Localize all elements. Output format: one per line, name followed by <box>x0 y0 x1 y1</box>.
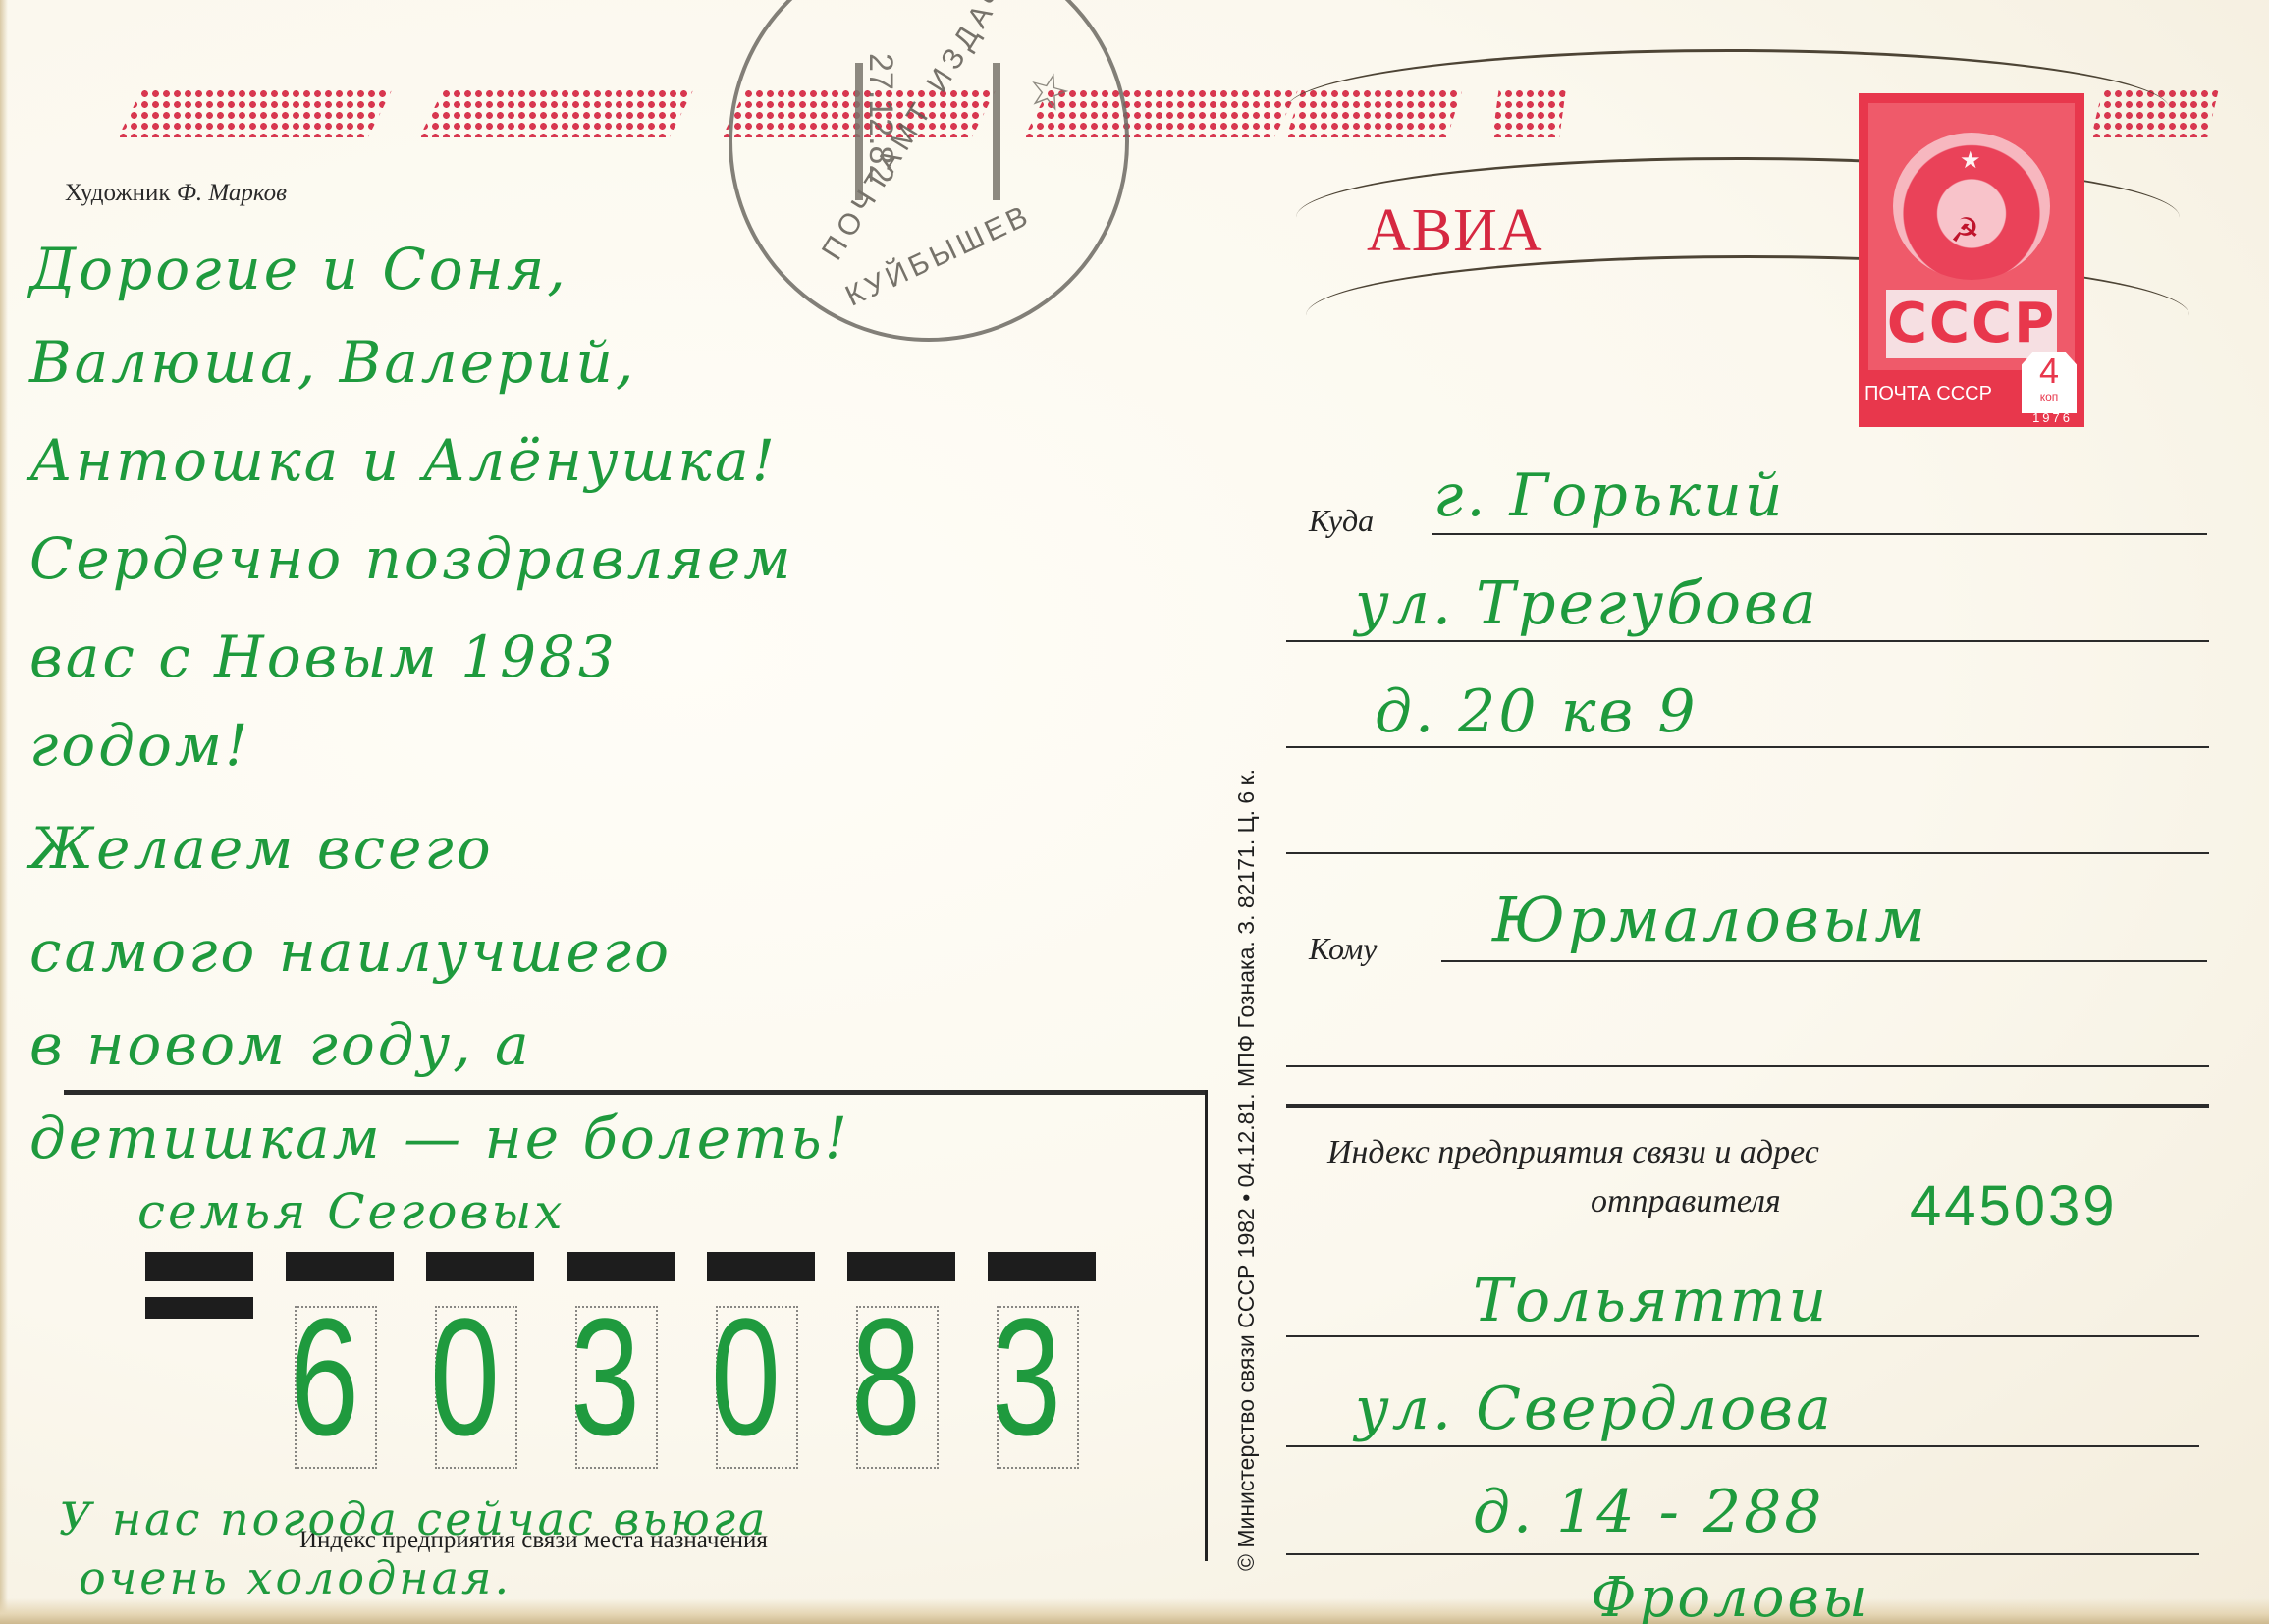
stamp-caption: ПОЧТА СССР <box>1864 383 1992 406</box>
postmark: ПОЧТАМТ ИЗДАЧСТ 27.12.82 ☆ КУЙБЫШЕВ <box>729 0 1129 342</box>
artist-name: Ф. Марков <box>177 180 287 206</box>
stamp-field: ★ ☭ СССР <box>1868 103 2075 370</box>
letter-line: Антошка и Алёнушка! <box>29 427 778 494</box>
index-bar <box>847 1252 955 1281</box>
index-digit: 6 <box>290 1294 359 1461</box>
recipient-street: ул. Трегубова <box>1355 569 1819 638</box>
index-bar <box>145 1252 253 1281</box>
address-line <box>1286 746 2209 748</box>
to-label: Куда <box>1309 503 1374 539</box>
sender-divider <box>1286 1104 2209 1108</box>
sender-label: Индекс предприятия связи и адрес <box>1327 1134 1819 1171</box>
letter-line: Сердечно поздравляем <box>29 525 793 592</box>
star-icon: ★ <box>1960 146 1981 175</box>
red-stripe <box>419 88 694 137</box>
recipient-name: Юрмаловым <box>1492 884 1928 955</box>
postage-stamp: ★ ☭ СССР ПОЧТА СССР 4 коп 1976 <box>1859 93 2084 427</box>
postscript-line: очень холодная. <box>79 1551 512 1604</box>
postscript-line: У нас погода сейчас вьюга <box>59 1492 768 1545</box>
sender-street: ул. Свердлова <box>1355 1375 1834 1443</box>
letter-line: детишкам — не болеть! <box>29 1105 850 1171</box>
index-box-right-border <box>1205 1090 1208 1561</box>
postmark-ring-text: ПОЧТАМТ ИЗДАЧСТ <box>805 0 1052 283</box>
denomination-value: 4 <box>2022 352 2077 390</box>
sender-index: 445039 <box>1910 1173 2118 1239</box>
index-bar <box>567 1252 675 1281</box>
index-digit: 0 <box>430 1294 500 1461</box>
index-bar-lower <box>145 1297 253 1319</box>
address-line <box>1286 1335 2199 1337</box>
sender-house: д. 14 - 288 <box>1473 1478 1824 1546</box>
address-line <box>1286 852 2209 854</box>
address-line <box>1286 1445 2199 1447</box>
sender-city: Тольятти <box>1473 1267 1829 1335</box>
card-edge <box>0 0 8 1624</box>
address-line <box>1286 1065 2209 1067</box>
letter-line: Желаем всего <box>29 815 494 882</box>
ussr-coat-of-arms-icon: ★ ☭ <box>1893 133 2050 280</box>
index-digit: 8 <box>851 1294 921 1461</box>
index-bar <box>707 1252 815 1281</box>
letter-line: в новом году, а <box>29 1011 532 1078</box>
sender-label: отправителя <box>1591 1183 1781 1220</box>
name-line <box>1441 960 2207 962</box>
postmark-bar <box>993 63 1000 200</box>
artist-credit: Художник Ф. Марков <box>65 180 287 207</box>
denomination-currency: коп <box>2022 390 2077 404</box>
stamp-denomination: 4 коп <box>2022 352 2077 413</box>
postmark-date: 27.12.82 <box>861 53 899 183</box>
recipient-house: д. 20 кв 9 <box>1375 677 1699 746</box>
stamp-year: 1976 <box>2032 410 2073 425</box>
airmail-mark: АВИА <box>1367 196 1543 266</box>
index-bar <box>286 1252 394 1281</box>
address-line <box>1432 533 2207 535</box>
letter-signature: семья Сеговых <box>137 1183 566 1240</box>
stamp-country: СССР <box>1886 290 2057 358</box>
sender-name: Фроловы <box>1591 1566 1870 1624</box>
star-icon: ☆ <box>1020 58 1077 125</box>
index-bar <box>988 1252 1096 1281</box>
index-digit: 0 <box>711 1294 781 1461</box>
letter-line: вас с Новым 1983 <box>29 623 618 690</box>
index-digit: 3 <box>570 1294 640 1461</box>
artist-label: Художник <box>65 180 171 206</box>
index-bar <box>426 1252 534 1281</box>
letter-line: годом! <box>29 712 250 779</box>
whom-label: Кому <box>1309 931 1377 967</box>
letter-line: Валюша, Валерий, <box>29 329 636 396</box>
recipient-city: г. Горький <box>1433 461 1786 530</box>
postcard: Художник Ф. Марков АВИА ПОЧТАМТ ИЗДАЧСТ … <box>0 0 2269 1624</box>
address-line <box>1286 1553 2199 1555</box>
publisher-imprint: © Министерство связи СССР 1982 • 04.12.8… <box>1233 769 1260 1571</box>
index-box-top-border <box>64 1090 1208 1095</box>
letter-line: самого наилучшего <box>29 918 672 985</box>
address-line <box>1286 640 2209 642</box>
red-stripe <box>118 88 393 137</box>
hammer-sickle-icon: ☭ <box>1950 211 1979 250</box>
letter-line: Дорогие и Соня, <box>29 236 568 302</box>
index-digit: 3 <box>992 1294 1061 1461</box>
